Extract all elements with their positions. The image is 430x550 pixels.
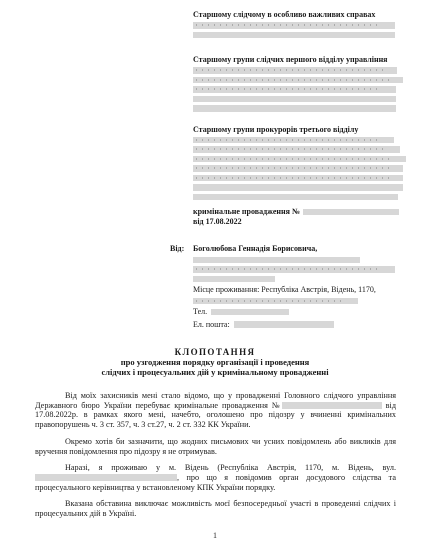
residence-line: Місце проживання: Республіка Австрія, Ві…: [193, 285, 399, 295]
redaction-bar: [193, 77, 403, 84]
title-main: КЛОПОТАННЯ: [0, 347, 430, 357]
body-paragraph-2: Окремо хотів би зазначити, що жодних пис…: [35, 437, 396, 456]
redaction-bar: [193, 67, 397, 74]
redaction-bar: [193, 22, 395, 29]
title-subtitle-1: про узгодження порядку організації і про…: [0, 357, 430, 367]
body-paragraph-4: Вказана обставина виключає можливість мо…: [35, 499, 396, 518]
email-line: Ел. пошта:: [193, 320, 399, 330]
addressee-heading: Старшому групи прокурорів третього відді…: [193, 125, 399, 134]
redaction-bar: [234, 321, 334, 328]
redaction-bar: [193, 276, 275, 283]
case-reference: кримінальне провадження № від 17.08.2022: [193, 207, 399, 227]
title-subtitle-2: слідчих і процесуальних дій у кримінальн…: [0, 367, 430, 377]
case-date: від 17.08.2022: [193, 217, 399, 227]
redaction-bar: [193, 165, 403, 172]
redaction-bar: [193, 32, 395, 39]
case-number-label: кримінальне провадження №: [193, 207, 300, 217]
redaction-bar: [193, 194, 398, 201]
from-label: Від:: [170, 244, 193, 329]
paragraph-text: Вказана обставина виключає можливість мо…: [35, 499, 396, 518]
addressee-heading: Старшому слідчому в особливо важливих сп…: [193, 10, 399, 19]
email-label: Ел. пошта:: [193, 320, 230, 330]
redaction-bar: [211, 309, 289, 316]
body-paragraph-1: Від моїх захисників мені стало відомо, щ…: [35, 391, 396, 430]
redaction-bar: [193, 184, 403, 191]
redaction-bar: [193, 146, 400, 153]
addressee-block-investigators-group: Старшому групи слідчих першого відділу у…: [193, 55, 399, 112]
redaction-bar: [193, 257, 360, 264]
redaction-bar: [282, 402, 382, 409]
case-number-line: кримінальне провадження №: [193, 207, 399, 217]
addressee-block-senior-investigator: Старшому слідчому в особливо важливих сп…: [193, 10, 399, 38]
redaction-bar: [303, 209, 399, 216]
sender-block: Від: Боголюбова Геннадія Борисовича, Міс…: [170, 244, 399, 329]
redacted-lines-group: [193, 22, 399, 38]
sender-name: Боголюбова Геннадія Борисовича,: [193, 244, 399, 254]
addressee-heading: Старшому групи слідчих першого відділу у…: [193, 55, 399, 64]
sender-details: Боголюбова Геннадія Борисовича, Місце пр…: [193, 244, 399, 329]
redaction-bar: [193, 96, 396, 103]
body-paragraph-3: Наразі, я проживаю у м. Відень (Республі…: [35, 463, 396, 492]
redaction-bar: [193, 137, 394, 144]
redaction-bar: [193, 298, 358, 305]
paragraph-text: Наразі, я проживаю у м. Відень (Республі…: [65, 463, 396, 472]
redaction-bar: [193, 266, 395, 273]
addressee-column: Старшому слідчому в особливо важливих сп…: [193, 10, 399, 227]
document-title: КЛОПОТАННЯ про узгодження порядку органі…: [0, 347, 430, 377]
page-number: 1: [0, 531, 430, 540]
document-page: Старшому слідчому в особливо важливих сп…: [0, 0, 430, 550]
phone-line: Тел.: [193, 307, 399, 317]
redaction-bar: [35, 474, 177, 481]
redaction-bar: [193, 156, 406, 163]
redaction-bar: [193, 175, 403, 182]
document-body: Від моїх захисників мені стало відомо, щ…: [35, 391, 396, 526]
redacted-lines-group: [193, 67, 399, 112]
redacted-lines-group: [193, 137, 399, 201]
phone-label: Тел.: [193, 307, 207, 317]
redaction-bar: [193, 86, 396, 93]
redaction-bar: [193, 105, 396, 112]
addressee-block-prosecutors-group: Старшому групи прокурорів третього відді…: [193, 125, 399, 201]
paragraph-text: Окремо хотів би зазначити, що жодних пис…: [35, 437, 396, 456]
